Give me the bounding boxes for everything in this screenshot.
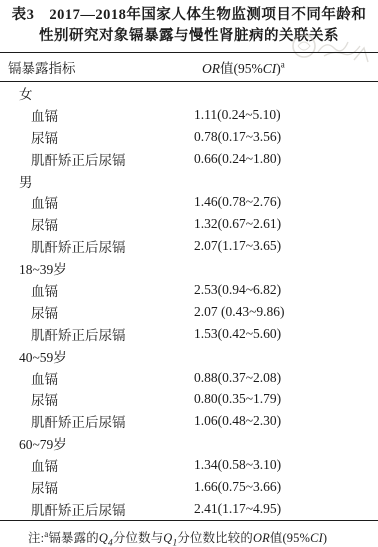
table-row: 血镉 1.34(0.58~3.10) — [0, 454, 378, 476]
table-header-row: 镉暴露指标 OR值(95%CI)a — [0, 53, 378, 82]
row-label: 尿镉 — [0, 214, 58, 234]
table-row: 血镉 0.88(0.37~2.08) — [0, 367, 378, 389]
row-label: 肌酐矫正后尿镉 — [0, 324, 126, 344]
row-label: 肌酐矫正后尿镉 — [0, 499, 126, 519]
table-row: 尿镉 1.32(0.67~2.61) — [0, 213, 378, 235]
row-label: 血镉 — [0, 455, 58, 475]
note-close-paren: ) — [323, 531, 327, 545]
row-label: 18~39岁 — [0, 258, 67, 278]
table-row: 尿镉 0.78(0.17~3.56) — [0, 126, 378, 148]
row-value: 2.07 (0.43~9.86) — [194, 304, 285, 320]
header-or-ci: OR值(95%CI)a — [202, 57, 285, 77]
row-value: 1.66(0.75~3.66) — [194, 479, 281, 495]
table-row: 肌酐矫正后尿镉 1.06(0.48~2.30) — [0, 410, 378, 432]
table-row: 肌酐矫正后尿镉 1.53(0.42~5.60) — [0, 323, 378, 345]
header-mid-text: 值(95% — [220, 61, 263, 76]
table-caption-line1: 表3 2017—2018年国家人体生物监测项目不同年龄和 — [0, 5, 378, 26]
row-label: 血镉 — [0, 368, 58, 388]
row-value: 2.41(1.17~4.95) — [194, 501, 281, 517]
note-ci-italic: CI — [310, 531, 323, 545]
row-label: 尿镉 — [0, 477, 58, 497]
note-label: 注: — [28, 531, 44, 545]
table-row: 肌酐矫正后尿镉 0.66(0.24~1.80) — [0, 148, 378, 170]
table-row: 40~59岁 — [0, 345, 378, 367]
row-label: 尿镉 — [0, 127, 58, 147]
row-value: 0.88(0.37~2.08) — [194, 370, 281, 386]
table-row: 血镉 2.53(0.94~6.82) — [0, 279, 378, 301]
row-value: 1.53(0.42~5.60) — [194, 326, 281, 342]
note-text-4: 值(95% — [270, 531, 310, 545]
header-or-italic: OR — [202, 61, 220, 76]
row-label: 肌酐矫正后尿镉 — [0, 149, 126, 169]
note-text-1: 镉暴露的 — [48, 531, 98, 545]
table-row: 男 — [0, 170, 378, 192]
table-row: 18~39岁 — [0, 257, 378, 279]
row-value: 0.66(0.24~1.80) — [194, 151, 281, 167]
table-row: 肌酐矫正后尿镉 2.41(1.17~4.95) — [0, 498, 378, 520]
row-label: 60~79岁 — [0, 433, 67, 453]
row-value: 1.46(0.78~2.76) — [194, 194, 281, 210]
row-label: 血镉 — [0, 192, 58, 212]
row-label: 血镉 — [0, 105, 58, 125]
table-row: 肌酐矫正后尿镉 2.07(1.17~3.65) — [0, 235, 378, 257]
table-row: 血镉 1.46(0.78~2.76) — [0, 191, 378, 213]
header-exposure-indicator: 镉暴露指标 — [8, 57, 76, 77]
row-label: 男 — [0, 171, 33, 191]
table-row: 60~79岁 — [0, 432, 378, 454]
row-value: 0.78(0.17~3.56) — [194, 129, 281, 145]
note-or-italic: OR — [253, 531, 270, 545]
table-row: 尿镉 1.66(0.75~3.66) — [0, 476, 378, 498]
row-value: 1.11(0.24~5.10) — [194, 107, 281, 123]
table-footnote: 注:a镉暴露的Q4分位数与Q1分位数比较的OR值(95%CI) — [0, 521, 378, 546]
note-q4: Q — [99, 531, 108, 545]
table-row: 尿镉 0.80(0.35~1.79) — [0, 388, 378, 410]
table-row: 尿镉 2.07 (0.43~9.86) — [0, 301, 378, 323]
row-label: 血镉 — [0, 280, 58, 300]
row-label: 肌酐矫正后尿镉 — [0, 236, 126, 256]
table-caption-line2: 性别研究对象镉暴露与慢性肾脏病的关联关系 — [0, 26, 378, 47]
row-value: 1.06(0.48~2.30) — [194, 413, 281, 429]
row-label: 40~59岁 — [0, 346, 67, 366]
data-table: 镉暴露指标 OR值(95%CI)a 女 血镉 1.11(0.24~5.10) 尿… — [0, 52, 378, 521]
row-label: 女 — [0, 83, 33, 103]
table-row: 女 — [0, 82, 378, 104]
row-label: 尿镉 — [0, 302, 58, 322]
row-value: 1.32(0.67~2.61) — [194, 216, 281, 232]
note-text-2: 分位数与 — [113, 531, 163, 545]
note-text-3: 分位数比较的 — [177, 531, 253, 545]
table-body: 女 血镉 1.11(0.24~5.10) 尿镉 0.78(0.17~3.56) … — [0, 82, 378, 520]
header-footnote-marker: a — [281, 60, 285, 70]
paper-table-page: 表3 2017—2018年国家人体生物监测项目不同年龄和 性别研究对象镉暴露与慢… — [0, 0, 378, 547]
header-ci-italic: CI — [263, 61, 277, 76]
row-value: 1.34(0.58~3.10) — [194, 457, 281, 473]
row-value: 2.07(1.17~3.65) — [194, 238, 281, 254]
row-label: 尿镉 — [0, 389, 58, 409]
row-value: 2.53(0.94~6.82) — [194, 282, 281, 298]
table-caption: 表3 2017—2018年国家人体生物监测项目不同年龄和 性别研究对象镉暴露与慢… — [0, 0, 378, 47]
row-label: 肌酐矫正后尿镉 — [0, 411, 126, 431]
table-row: 血镉 1.11(0.24~5.10) — [0, 104, 378, 126]
row-value: 0.80(0.35~1.79) — [194, 391, 281, 407]
